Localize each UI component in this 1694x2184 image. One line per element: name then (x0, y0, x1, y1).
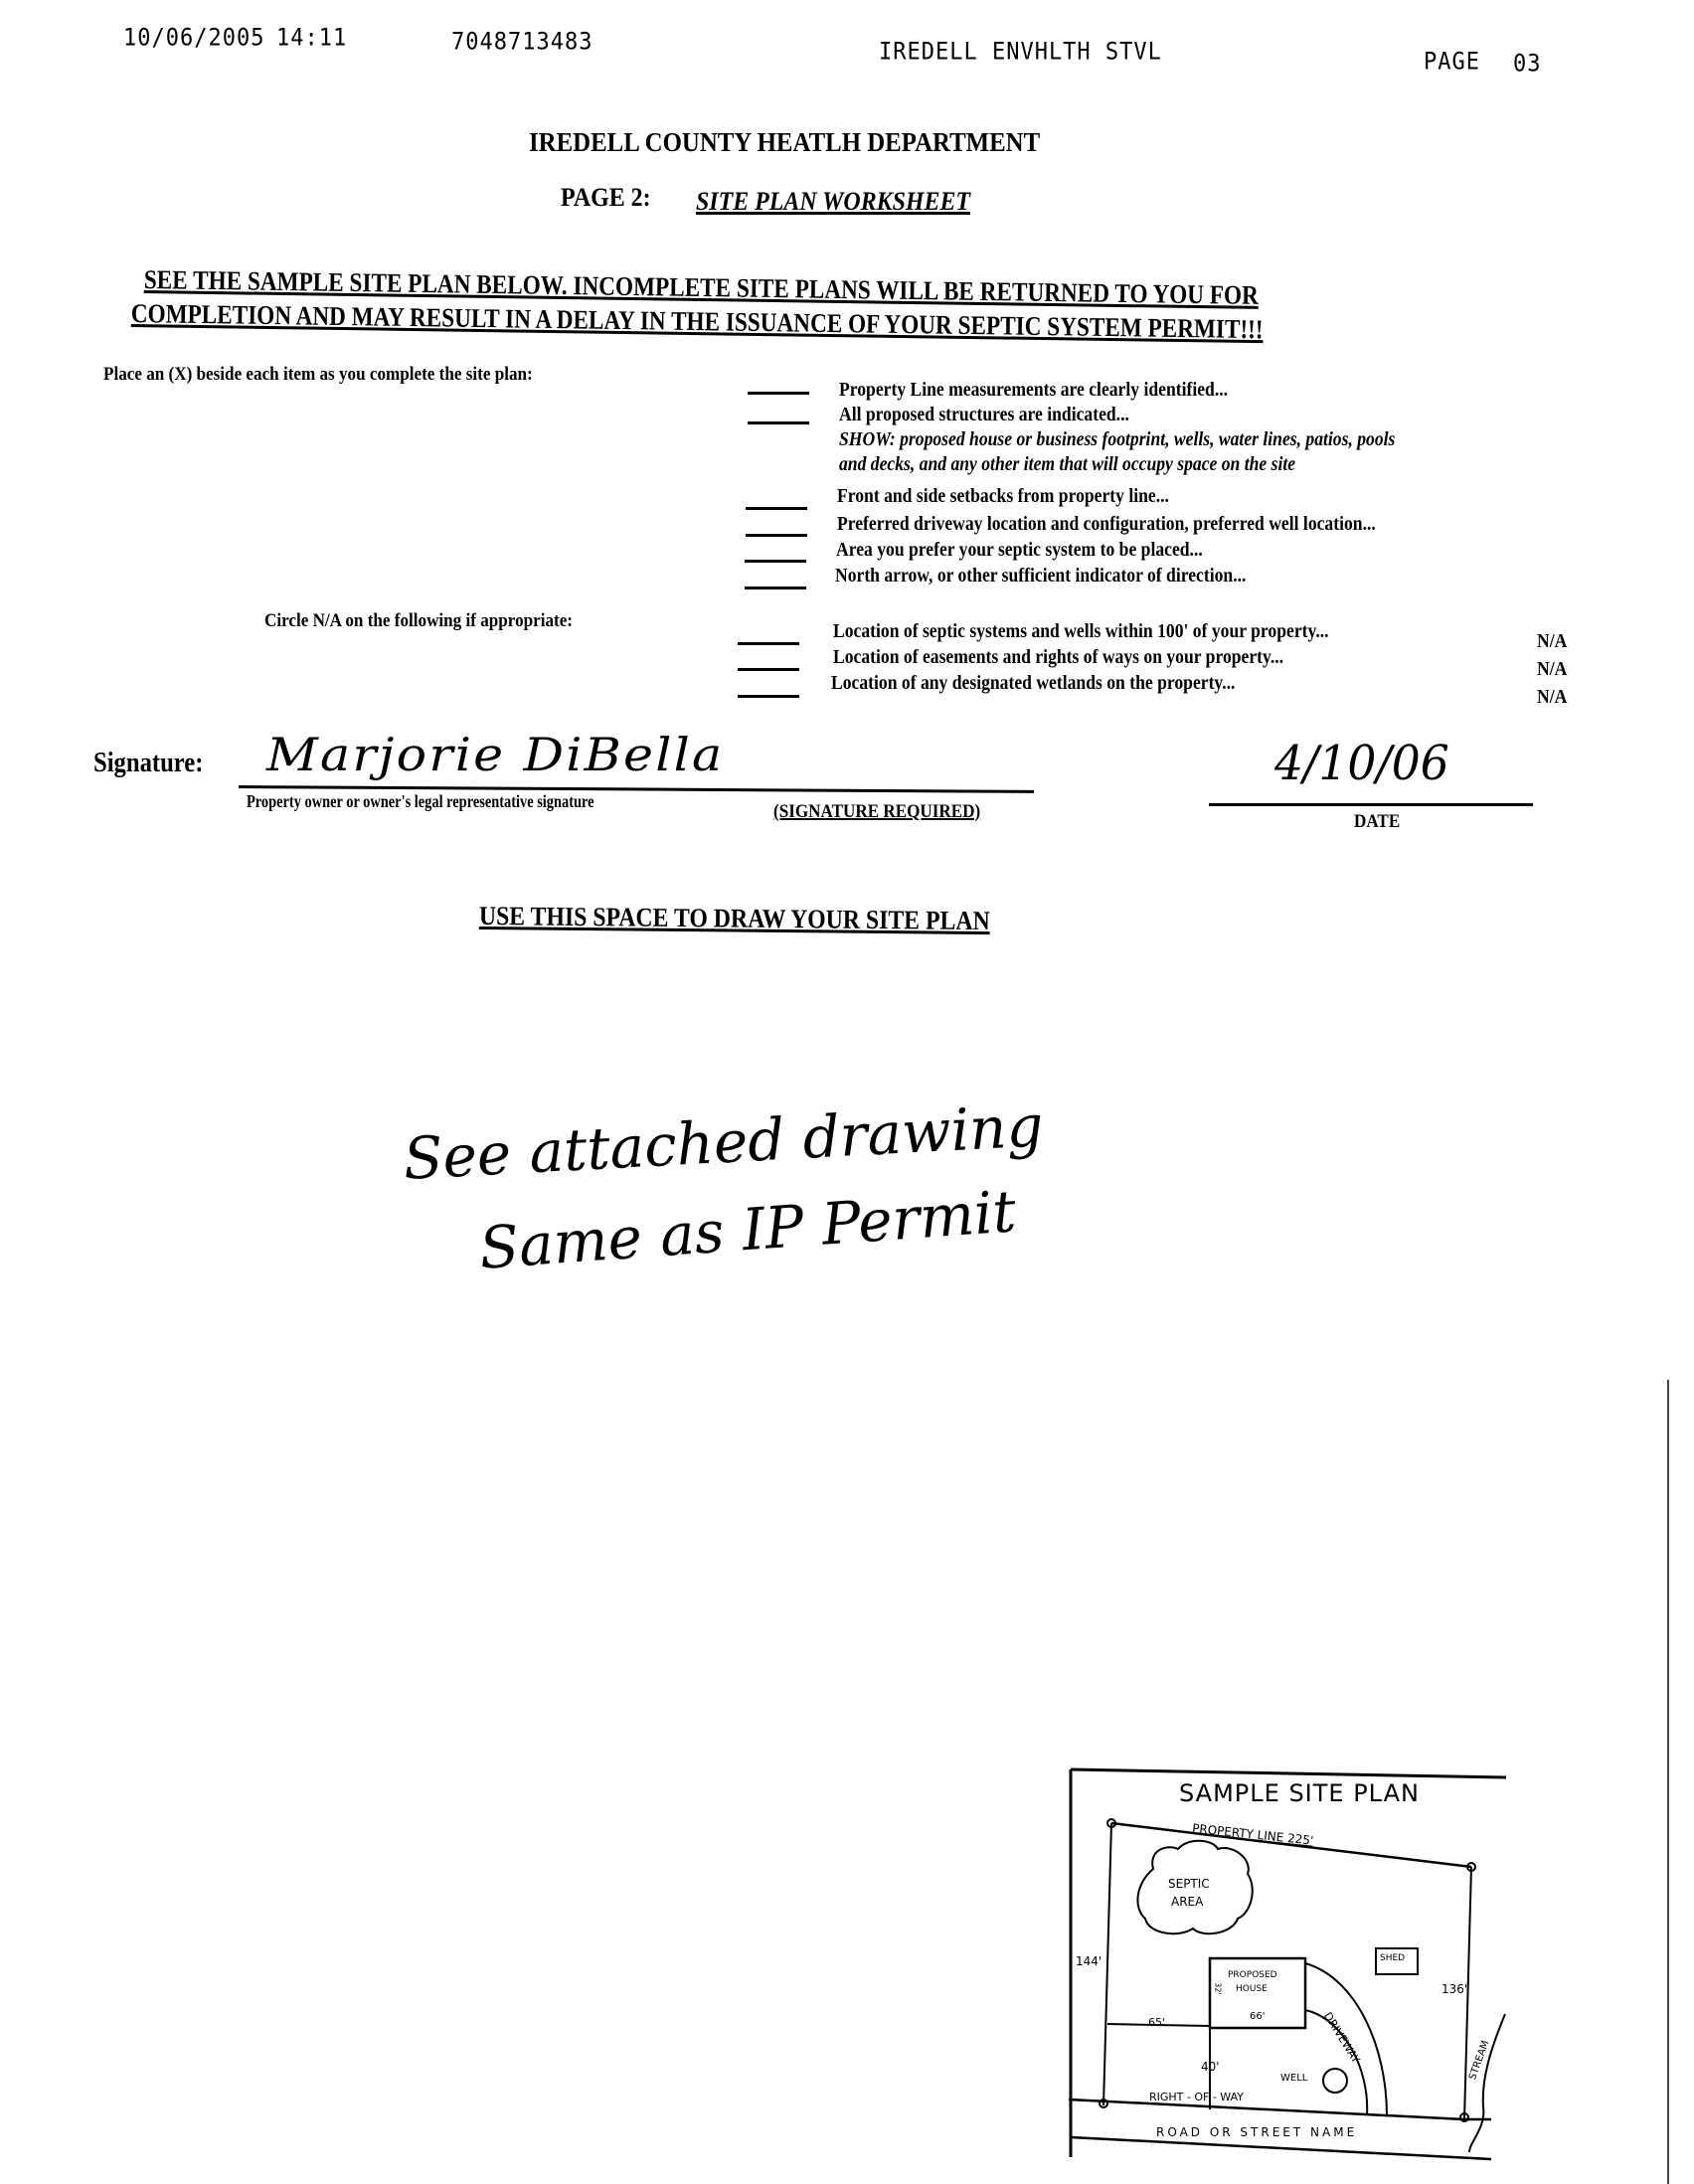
na-option[interactable]: N/A (1537, 686, 1567, 709)
page-prefix: PAGE 2: (561, 183, 651, 213)
sample-site-plan-drawing (1054, 1750, 1690, 2184)
na-option[interactable]: N/A (1537, 630, 1567, 653)
checklist-item: Preferred driveway location and configur… (837, 513, 1376, 536)
checkbox-blank[interactable] (738, 642, 799, 645)
sample-plan-well: WELL (1280, 2073, 1307, 2084)
agency-title: IREDELL COUNTY HEATLH DEPARTMENT (529, 127, 1040, 158)
sample-plan-side-setback: 65' (1148, 2016, 1165, 2029)
sample-plan-house-depth: 32' (1214, 1982, 1223, 1994)
checkbox-blank[interactable] (746, 507, 807, 510)
sample-plan-right-side: 136' (1441, 1982, 1467, 1996)
checklist-item: Area you prefer your septic system to be… (836, 539, 1203, 562)
checklist-item-detail: and decks, and any other item that will … (839, 453, 1295, 476)
na-item: Location of any designated wetlands on t… (831, 672, 1235, 695)
na-instruction: Circle N/A on the following if appropria… (264, 610, 573, 632)
checkbox-blank[interactable] (746, 534, 807, 537)
na-item: Location of easements and rights of ways… (833, 646, 1283, 669)
checkbox-blank[interactable] (738, 668, 799, 671)
fax-time: 14:11 (276, 25, 347, 53)
sample-plan-road: ROAD OR STREET NAME (1156, 2125, 1357, 2139)
signature-caption: Property owner or owner's legal represen… (247, 791, 594, 812)
draw-area-heading: USE THIS SPACE TO DRAW YOUR SITE PLAN (479, 901, 990, 936)
checklist-item: Front and side setbacks from property li… (837, 485, 1169, 508)
sample-plan-house-width: 66' (1250, 2011, 1265, 2022)
sample-plan-shed: SHED (1380, 1953, 1405, 1963)
checkbox-blank[interactable] (745, 587, 806, 589)
checklist-item-detail: SHOW: proposed house or business footpri… (839, 428, 1395, 451)
na-option[interactable]: N/A (1537, 658, 1567, 681)
checkbox-blank[interactable] (745, 560, 806, 563)
sample-site-plan: SAMPLE SITE PLAN PROPERTY LINE 225' SEPT… (1054, 1750, 1690, 2184)
sample-plan-title: SAMPLE SITE PLAN (1179, 1779, 1420, 1807)
handwritten-note-line-1: See attached drawing (402, 1092, 1045, 1193)
sample-plan-house-2: HOUSE (1236, 1984, 1268, 1994)
checklist-instruction: Place an (X) beside each item as you com… (103, 364, 533, 386)
checklist-item: North arrow, or other sufficient indicat… (835, 565, 1246, 588)
sample-plan-septic-2: AREA (1171, 1895, 1203, 1909)
sample-plan-right-of-way: RIGHT - OF - WAY (1149, 2091, 1244, 2103)
checkbox-blank[interactable] (738, 695, 799, 698)
fax-date: 10/06/2005 (123, 25, 264, 53)
fax-phone: 7048713483 (451, 29, 593, 57)
handwritten-note-line-2: Same as IP Permit (477, 1177, 1018, 1282)
date-handwritten[interactable]: 4/10/06 (1274, 736, 1449, 791)
na-item: Location of septic systems and wells wit… (833, 620, 1329, 643)
signature-label: Signature: (93, 748, 203, 779)
checkbox-blank[interactable] (748, 421, 809, 424)
checklist-item: All proposed structures are indicated... (839, 404, 1129, 426)
date-label: DATE (1354, 811, 1400, 833)
date-line (1209, 803, 1533, 806)
sample-plan-house-1: PROPOSED (1228, 1970, 1277, 1980)
fax-sender: IREDELL ENVHLTH STVL (879, 39, 1162, 67)
checkbox-blank[interactable] (748, 392, 809, 395)
fax-page-number: 03 (1513, 51, 1542, 79)
sample-plan-left-side: 144' (1076, 1954, 1101, 1968)
sample-plan-septic-1: SEPTIC (1168, 1877, 1210, 1891)
signature-handwritten[interactable]: Marjorie DiBella (266, 728, 724, 781)
sample-plan-front-setback: 40' (1201, 2060, 1220, 2074)
signature-required: (SIGNATURE REQUIRED) (773, 801, 980, 823)
fax-page-label: PAGE (1424, 49, 1480, 77)
checklist-item: Property Line measurements are clearly i… (839, 379, 1228, 402)
page-title: SITE PLAN WORKSHEET (696, 187, 970, 217)
